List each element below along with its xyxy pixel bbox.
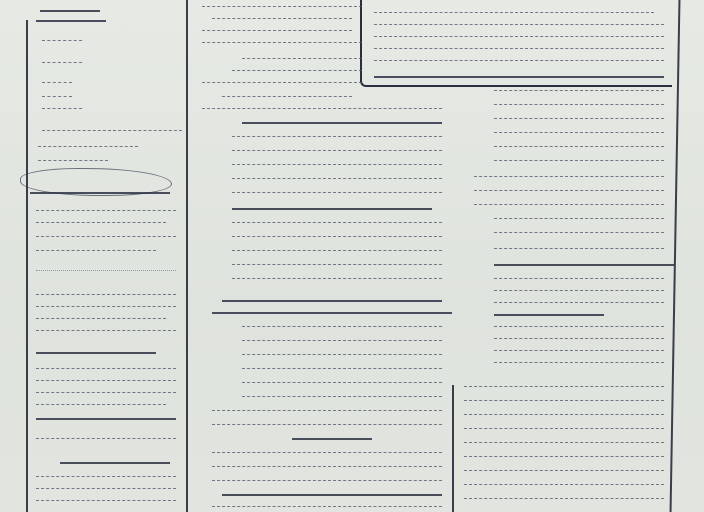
ink-line [212,312,452,314]
ink-line [464,498,664,499]
ink-line [202,108,442,109]
ink-line [222,494,442,496]
ink-line [38,160,108,161]
ink-line [474,204,664,205]
ink-line [242,382,442,383]
ink-line [212,466,442,467]
left-column-rule [26,20,28,512]
ink-line [494,232,664,233]
ink-line [494,160,664,161]
ink-line [36,250,156,251]
ink-line [494,314,604,316]
ink-line [374,24,664,25]
ink-line [464,386,664,387]
ink-line [36,368,176,369]
ink-line [212,410,442,411]
ink-line [232,278,442,279]
ink-line [464,428,664,429]
ink-line [232,250,442,251]
ink-line [36,20,106,22]
ink-line [232,164,442,165]
ink-line [36,236,176,237]
ink-line [212,480,442,481]
ink-line [202,6,362,7]
ink-line [232,264,442,265]
ink-line [494,326,664,327]
ink-line [222,96,352,97]
ink-line [36,404,166,405]
ink-line [474,190,664,191]
ink-line [374,48,664,49]
ink-line [494,362,664,363]
ink-line [36,392,176,393]
ink-line [36,352,156,354]
ink-line [494,248,664,249]
ink-line [374,60,664,61]
ink-line [494,278,664,279]
ink-line [232,222,442,223]
ink-line [494,118,664,119]
ink-line [494,104,664,105]
ink-line [292,438,372,440]
ink-line [38,146,138,147]
ink-line [474,176,664,177]
ink-line [36,210,176,211]
ink-line [232,236,442,237]
ink-line [242,354,442,355]
ink-line [374,12,654,13]
ink-line [36,488,176,489]
ink-line [374,36,664,37]
ink-line [464,484,664,485]
ink-line [232,192,442,193]
ink-line [36,294,176,295]
ink-line [212,424,442,425]
ink-line [30,192,170,194]
ink-line [36,222,166,223]
ink-line [494,218,664,219]
left-margin-column [30,0,180,512]
ink-line [242,340,442,341]
right-column [454,0,674,512]
ink-line [464,470,664,471]
ink-line [212,452,442,453]
ink-line [36,418,176,420]
ink-line [232,70,362,71]
ink-line [464,442,664,443]
ink-line [36,270,176,271]
ink-line [374,76,664,78]
ink-line [36,306,176,307]
center-column-left-rule [186,0,188,512]
ink-line [36,330,176,331]
ink-line [42,62,82,63]
ink-line [242,368,442,369]
ink-line [494,132,664,133]
ink-line [494,338,664,339]
ink-line [494,290,664,291]
ink-line [464,414,664,415]
ink-line [212,506,442,507]
ink-line [494,90,664,91]
ink-line [222,300,442,302]
ink-line [242,58,362,59]
ink-line [42,40,82,41]
ink-line [42,96,72,97]
ink-line [232,178,442,179]
ink-line [494,146,664,147]
ink-line [40,10,100,12]
manuscript-page [0,0,704,512]
ink-line [232,136,442,137]
ink-line [494,264,674,266]
ink-line [36,380,176,381]
ink-line [42,130,182,131]
ink-line [60,462,170,464]
ink-line [42,82,72,83]
ink-line [242,326,442,327]
ink-line [242,122,442,124]
ink-line [464,400,664,401]
ink-line [212,18,352,19]
ink-line [36,500,176,501]
ink-line [42,108,82,109]
ink-line [494,302,664,303]
ink-line [232,208,432,210]
ink-line [232,150,442,151]
ink-line [494,350,664,351]
ink-line [202,30,352,31]
ink-line [242,396,442,397]
ink-line [36,476,176,477]
ink-line [36,318,166,319]
ink-line [202,42,362,43]
ink-line [202,82,362,83]
ink-line [464,456,664,457]
ink-line [36,438,176,439]
